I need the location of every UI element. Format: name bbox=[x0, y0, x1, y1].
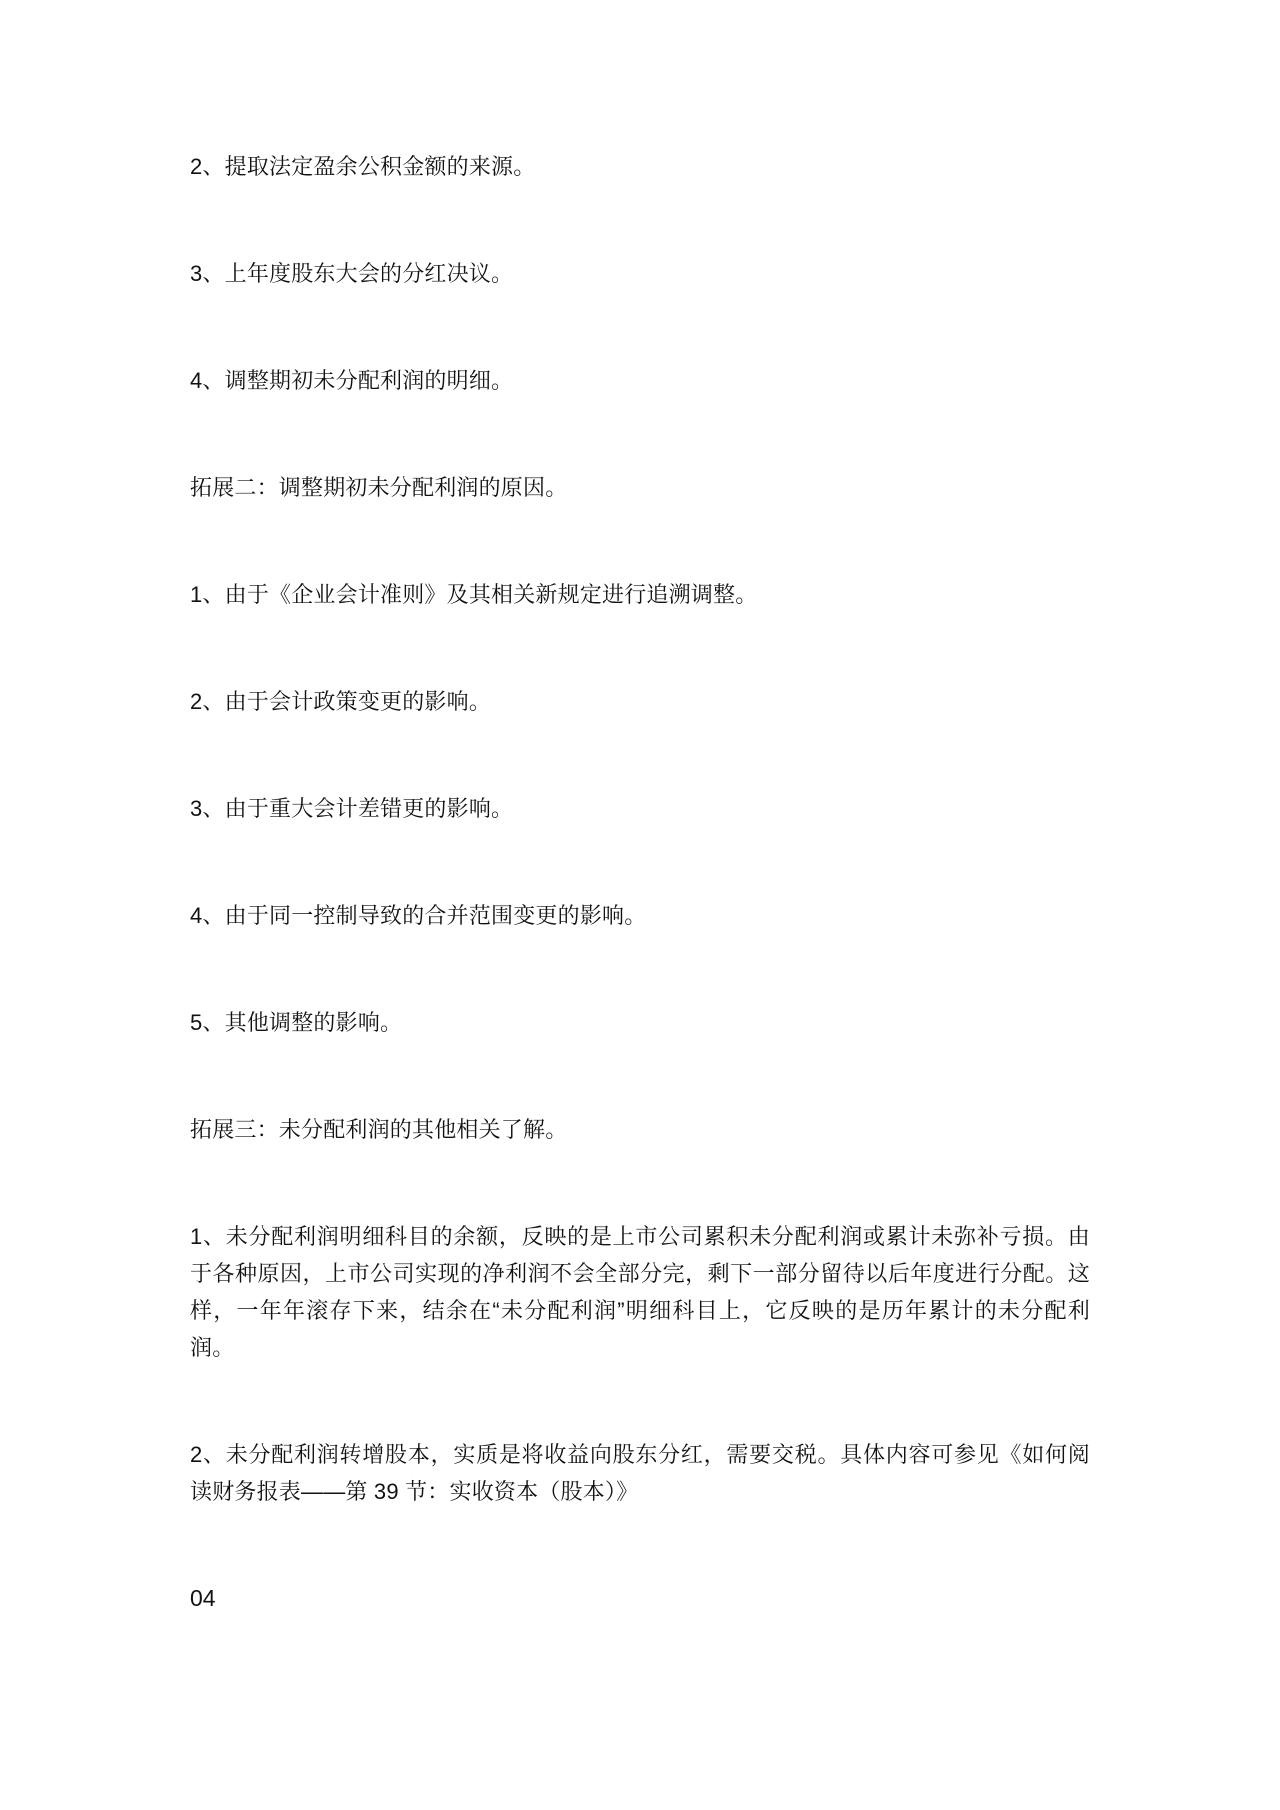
section-heading-expansion-two: 拓展二：调整期初未分配利润的原因。 bbox=[190, 469, 1090, 506]
paragraph-capitalization-of-profit: 2、未分配利润转增股本，实质是将收益向股东分红，需要交税。具体内容可参见《如何阅… bbox=[190, 1436, 1090, 1510]
list-item-merger-scope-change: 4、由于同一控制导致的合并范围变更的影响。 bbox=[190, 897, 1090, 934]
list-item-accounting-standards-adjustment: 1、由于《企业会计准则》及其相关新规定进行追溯调整。 bbox=[190, 576, 1090, 613]
page-number: 04 bbox=[190, 1580, 1090, 1617]
paragraph-undistributed-profit-balance: 1、未分配利润明细科目的余额，反映的是上市公司累积未分配利润或累计未弥补亏损。由… bbox=[190, 1218, 1090, 1366]
list-item-source-of-surplus-reserve: 2、提取法定盈余公积金额的来源。 bbox=[190, 148, 1090, 185]
document-page: 2、提取法定盈余公积金额的来源。 3、上年度股东大会的分红决议。 4、调整期初未… bbox=[0, 0, 1280, 1810]
list-item-adjustment-detail: 4、调整期初未分配利润的明细。 bbox=[190, 362, 1090, 399]
section-heading-expansion-three: 拓展三：未分配利润的其他相关了解。 bbox=[190, 1111, 1090, 1148]
list-item-other-adjustments: 5、其他调整的影响。 bbox=[190, 1004, 1090, 1041]
list-item-dividend-resolution: 3、上年度股东大会的分红决议。 bbox=[190, 255, 1090, 292]
list-item-major-accounting-error: 3、由于重大会计差错更的影响。 bbox=[190, 790, 1090, 827]
list-item-accounting-policy-change: 2、由于会计政策变更的影响。 bbox=[190, 683, 1090, 720]
document-body: 2、提取法定盈余公积金额的来源。 3、上年度股东大会的分红决议。 4、调整期初未… bbox=[190, 148, 1090, 1617]
